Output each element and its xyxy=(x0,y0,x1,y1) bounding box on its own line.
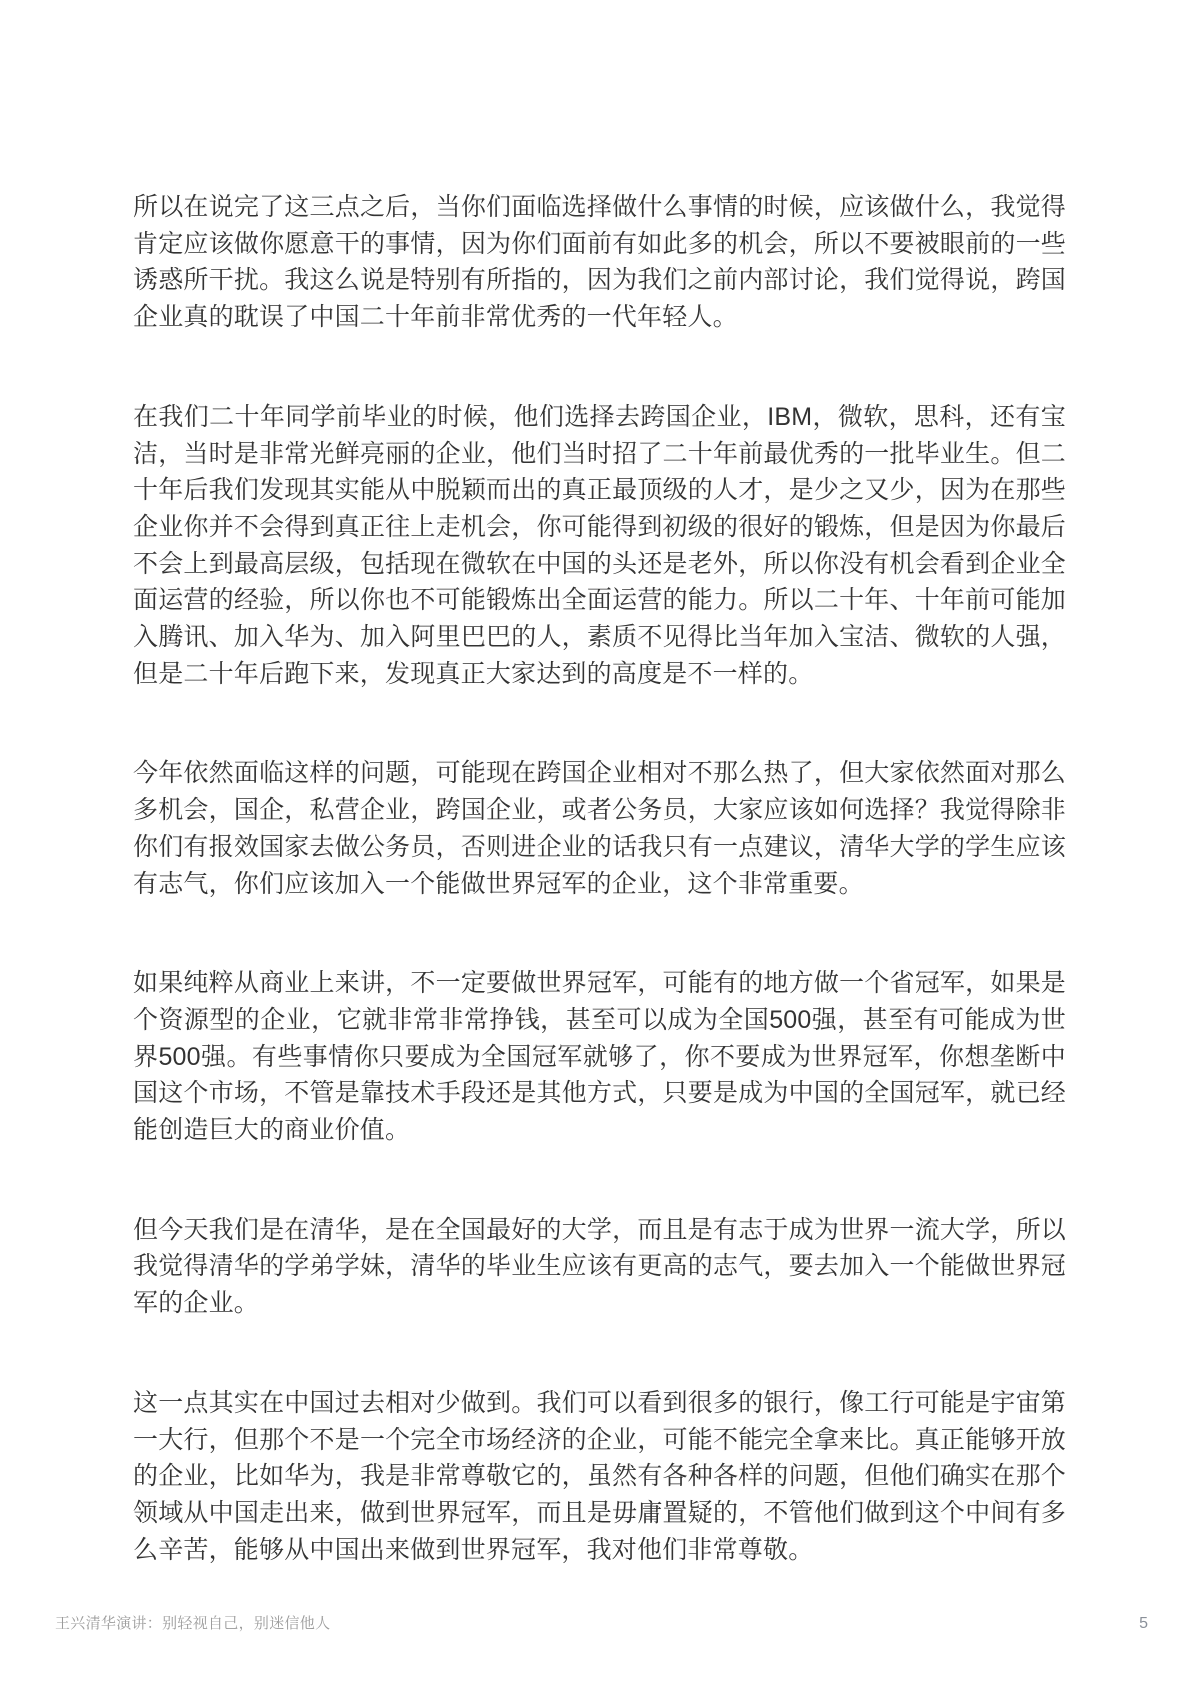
paragraph: 如果纯粹从商业上来讲，不一定要做世界冠军，可能有的地方做一个省冠军，如果是个资源… xyxy=(133,965,1066,1149)
page-content: 所以在说完了这三点之后，当你们面临选择做什么事情的时候，应该做什么，我觉得肯定应… xyxy=(133,189,1066,1568)
paragraph: 所以在说完了这三点之后，当你们面临选择做什么事情的时候，应该做什么，我觉得肯定应… xyxy=(133,189,1066,336)
paragraph: 今年依然面临这样的问题，可能现在跨国企业相对不那么热了，但大家依然面对那么多机会… xyxy=(133,755,1066,902)
document-page: 所以在说完了这三点之后，当你们面临选择做什么事情的时候，应该做什么，我觉得肯定应… xyxy=(0,0,1200,1698)
paragraph: 这一点其实在中国过去相对少做到。我们可以看到很多的银行，像工行可能是宇宙第一大行… xyxy=(133,1385,1066,1569)
paragraph: 但今天我们是在清华，是在全国最好的大学，而且是有志于成为世界一流大学，所以我觉得… xyxy=(133,1212,1066,1322)
footer-document-title: 王兴清华演讲：别轻视自己，别迷信他人 xyxy=(55,1612,330,1633)
footer-page-number: 5 xyxy=(1139,1615,1148,1633)
paragraph: 在我们二十年同学前毕业的时候，他们选择去跨国企业，IBM，微软，思科，还有宝洁，… xyxy=(133,399,1066,693)
page-footer: 王兴清华演讲：别轻视自己，别迷信他人 5 xyxy=(0,1612,1200,1633)
